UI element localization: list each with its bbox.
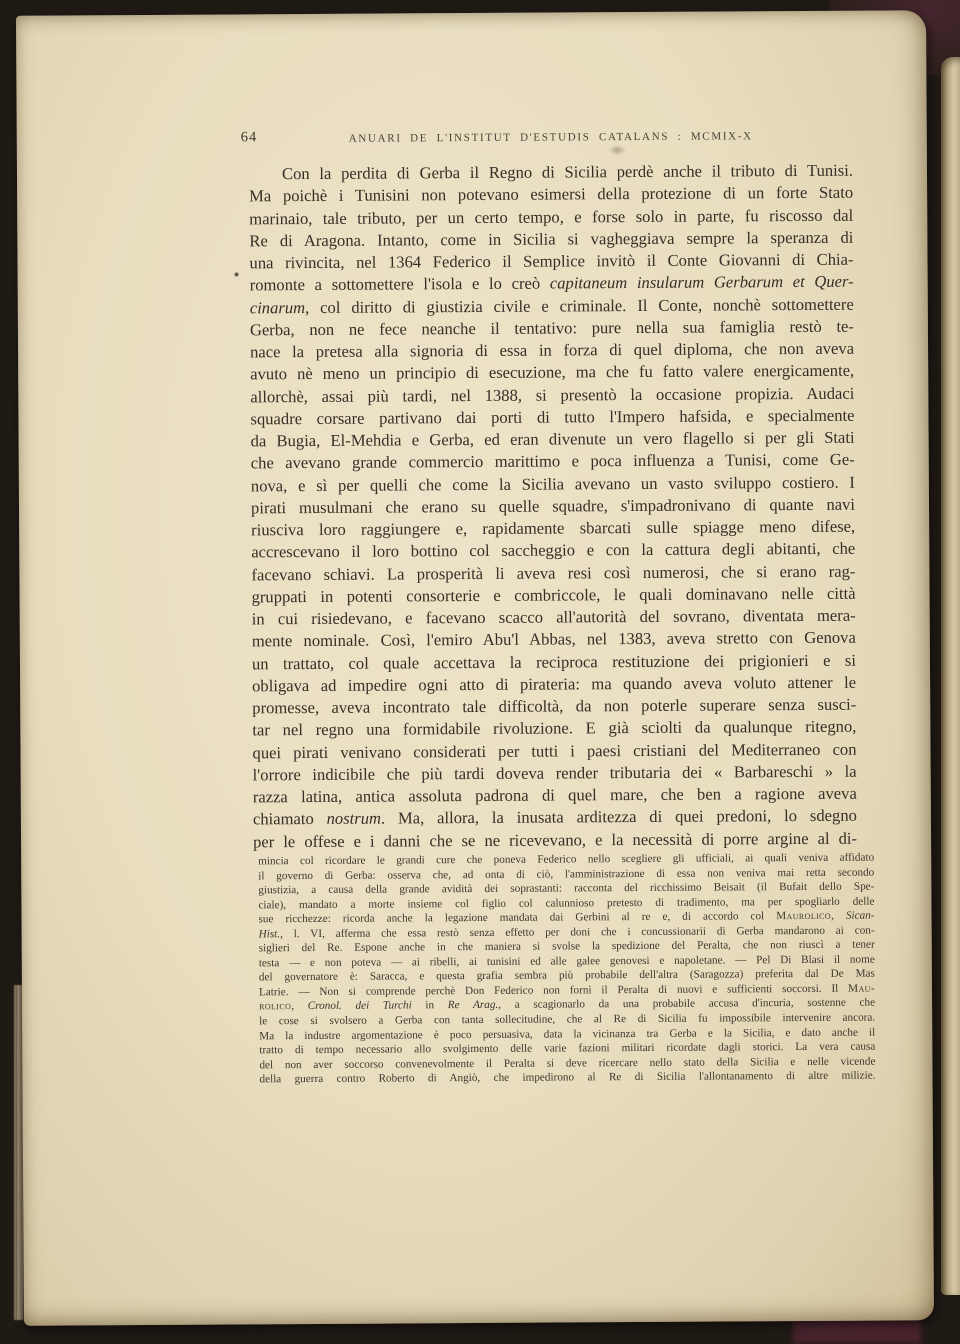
- text-line: chiamato nostrum. Ma, allora, la inusata…: [253, 805, 857, 831]
- text-line: che avevano grande commercio marittimo e…: [251, 449, 855, 475]
- text-line: tar nel regno una formidabile rivoluzion…: [252, 716, 856, 742]
- text-line: romonte a sottomettere l'isola e lo creò…: [250, 271, 854, 297]
- text-line: della guerra contro Roberto di Angiò, ch…: [259, 1069, 875, 1087]
- text-line: accrescevano il loro bottino col saccheg…: [251, 538, 855, 564]
- text-line: Ma poichè i Tunisini non potevano esimer…: [249, 182, 853, 208]
- text-line: per le offese e i danni che se ne riceve…: [253, 827, 857, 853]
- book-scan: { "meta": { "page_number": "64", "runnin…: [0, 0, 960, 1344]
- next-page-edge: [941, 57, 960, 1295]
- margin-dot: [235, 272, 239, 276]
- footnote-block: mincia col ricordare le grandi cure che …: [258, 851, 875, 1088]
- ink-smudge: [609, 145, 626, 155]
- text-line: avuto nè meno un principio di esecuzione…: [250, 360, 854, 386]
- text-line: mente nominale. Così, l'emiro Abu'l Abba…: [252, 627, 856, 653]
- main-text-block: Con la perdita di Gerba il Regno di Sici…: [249, 160, 857, 853]
- book-page: 64 ANUARI DE L'INSTITUT D'ESTUDIS CATALA…: [16, 10, 934, 1326]
- running-header: ANUARI DE L'INSTITUT D'ESTUDIS CATALANS …: [249, 130, 853, 146]
